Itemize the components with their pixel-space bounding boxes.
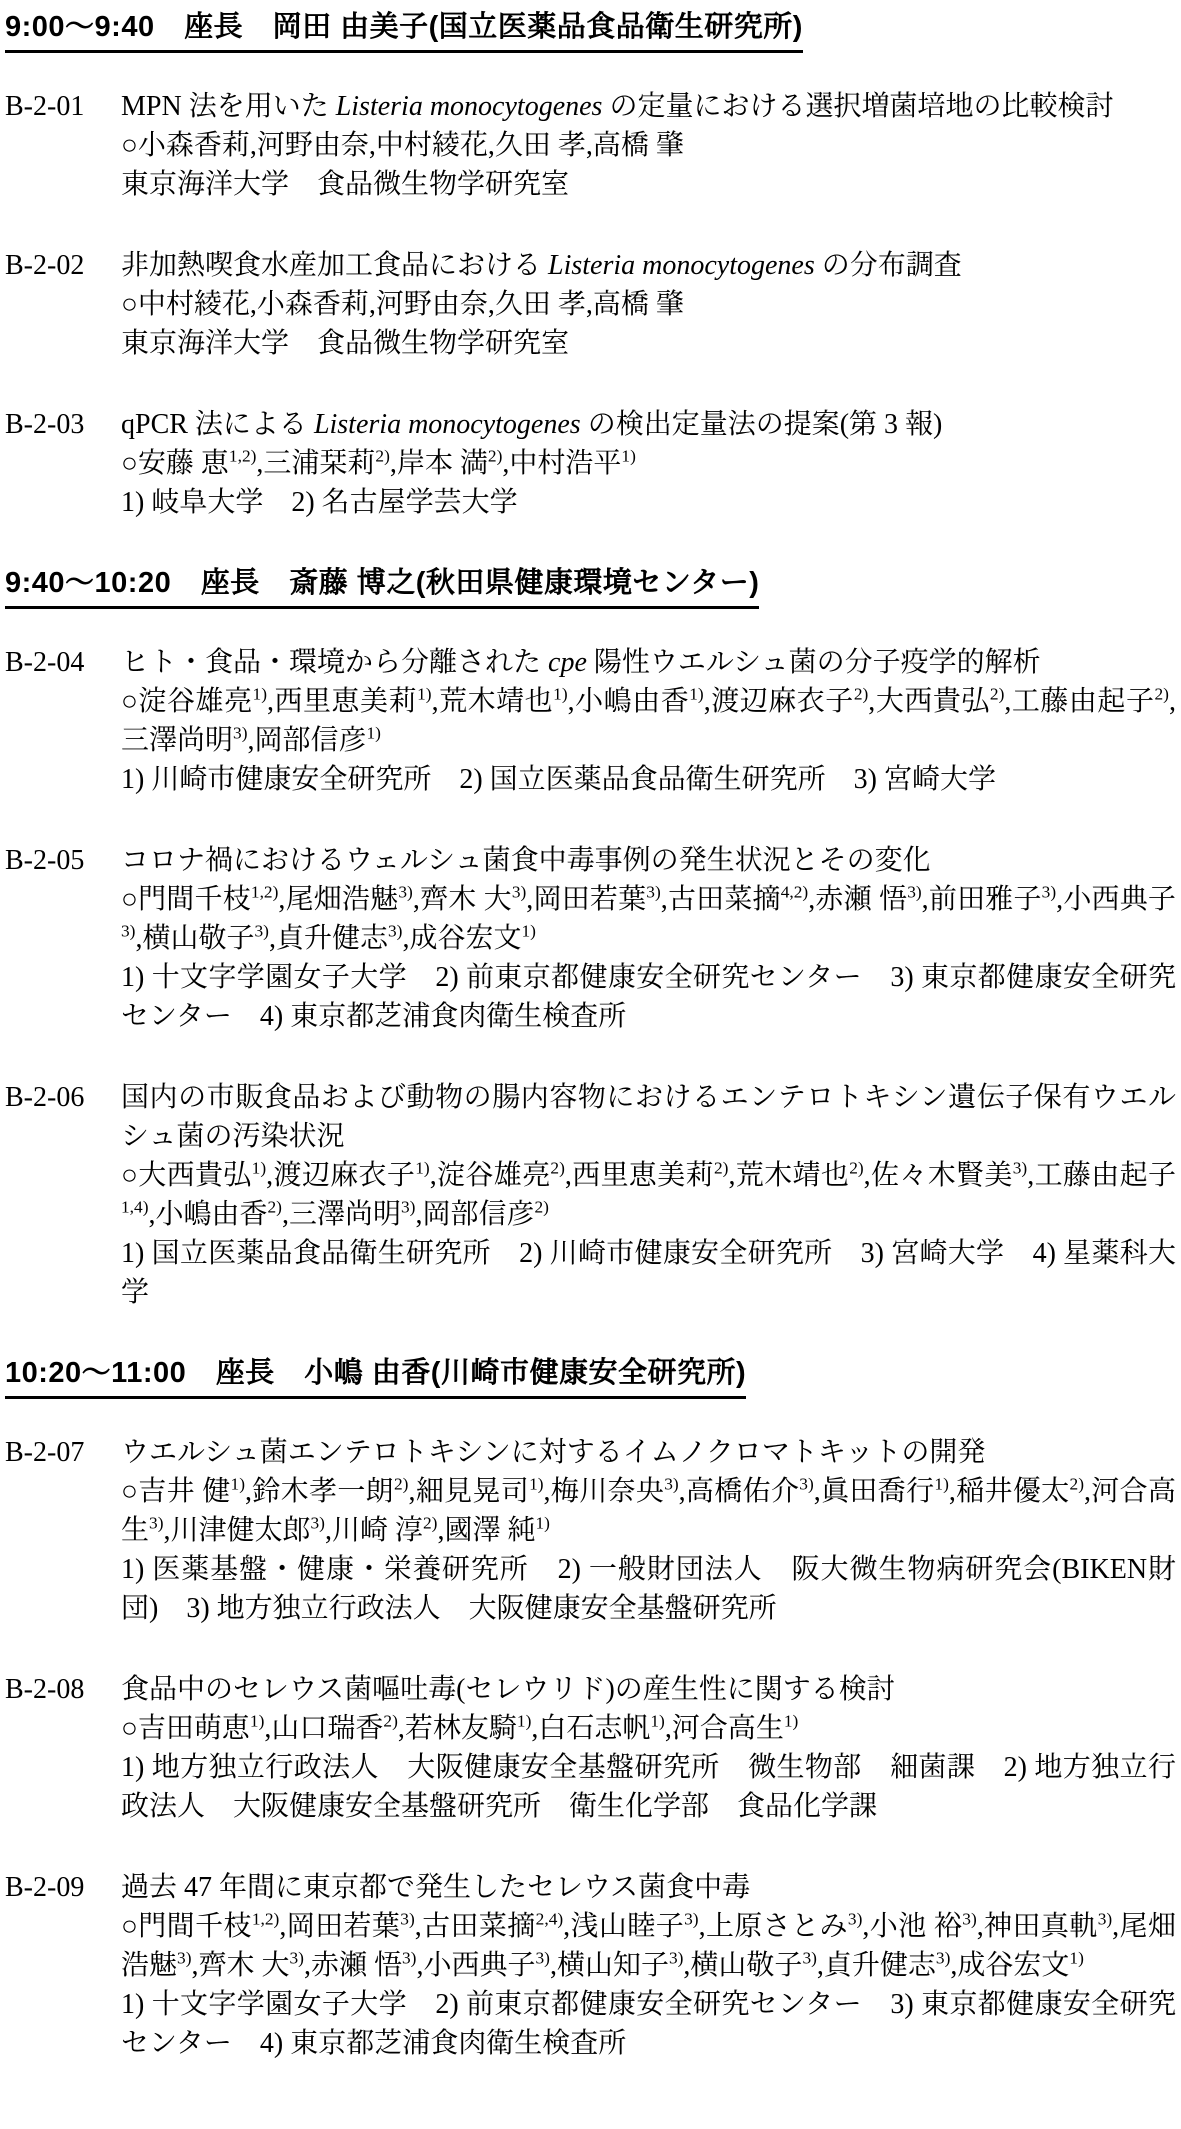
session-header: 10:20〜11:00 座長 小嶋 由香(川崎市健康安全研究所) <box>5 1355 746 1399</box>
affiliation-superscript: 3) <box>1042 883 1056 902</box>
entry-title: 国内の市販食品および動物の腸内容物におけるエンテロトキシン遺伝子保有ウエルシュ菌… <box>121 1078 1176 1156</box>
entry-authors: ○門間千枝1,2),岡田若葉3),古田菜摘2,4),浅山睦子3),上原さとみ3)… <box>121 1907 1176 1985</box>
presentation-entry: B-2-03qPCR 法による Listeria monocytogenes の… <box>5 405 1176 522</box>
presentation-entry: B-2-06国内の市販食品および動物の腸内容物におけるエンテロトキシン遺伝子保有… <box>5 1078 1176 1312</box>
affiliation-superscript: 1) <box>231 1475 245 1494</box>
affiliation-superscript: 1) <box>529 1475 543 1494</box>
conference-program-page: 9:00〜9:40 座長 岡田 由美子(国立医薬品食品衛生研究所)B-2-01M… <box>0 0 1181 2129</box>
affiliation-superscript: 3) <box>121 922 135 941</box>
entry-body: 過去 47 年間に東京都で発生したセレウス菌食中毒○門間千枝1,2),岡田若葉3… <box>121 1868 1176 2063</box>
affiliation-superscript: 3) <box>290 1949 304 1968</box>
entry-body: 非加熱喫食水産加工食品における Listeria monocytogenes の… <box>121 246 1176 363</box>
entry-affiliations: 1) 十文字学園女子大学 2) 前東京都健康安全研究センター 3) 東京都健康安… <box>121 1985 1176 2063</box>
affiliation-superscript: 1,2) <box>252 1910 279 1929</box>
entry-authors: ○門間千枝1,2),尾畑浩魅3),齊木 大3),岡田若葉3),古田菜摘4,2),… <box>121 880 1176 958</box>
affiliation-superscript: 3) <box>1013 1159 1027 1178</box>
affiliation-superscript: 3) <box>400 1910 414 1929</box>
affiliation-superscript: 1) <box>517 1712 531 1731</box>
affiliation-superscript: 1) <box>250 1712 264 1731</box>
entry-title: 過去 47 年間に東京都で発生したセレウス菌食中毒 <box>121 1868 1176 1907</box>
entry-title: ヒト・食品・環境から分離された cpe 陽性ウエルシュ菌の分子疫学的解析 <box>121 643 1176 682</box>
affiliation-superscript: 2) <box>1154 685 1168 704</box>
presentation-entry: B-2-05コロナ禍におけるウェルシュ菌食中毒事例の発生状況とその変化○門間千枝… <box>5 841 1176 1036</box>
affiliation-superscript: 1) <box>784 1712 798 1731</box>
affiliation-superscript: 3) <box>535 1949 549 1968</box>
affiliation-superscript: 2) <box>550 1159 564 1178</box>
affiliation-superscript: 3) <box>398 883 412 902</box>
entry-body: 食品中のセレウス菌嘔吐毒(セレウリド)の産生性に関する検討○吉田萌恵1),山口瑞… <box>121 1670 1176 1826</box>
presentation-entry: B-2-08食品中のセレウス菌嘔吐毒(セレウリド)の産生性に関する検討○吉田萌恵… <box>5 1670 1176 1826</box>
affiliation-superscript: 1) <box>553 685 567 704</box>
affiliation-superscript: 3) <box>664 1475 678 1494</box>
session-header-row: 10:20〜11:00 座長 小嶋 由香(川崎市健康安全研究所) <box>5 1354 1176 1399</box>
entry-affiliations: 1) 川崎市健康安全研究所 2) 国立医薬品食品衛生研究所 3) 宮崎大学 <box>121 760 1176 799</box>
entry-body: MPN 法を用いた Listeria monocytogenes の定量における… <box>121 87 1176 204</box>
affiliation-superscript: 1) <box>535 1514 549 1533</box>
presentation-entry: B-2-04ヒト・食品・環境から分離された cpe 陽性ウエルシュ菌の分子疫学的… <box>5 643 1176 799</box>
affiliation-superscript: 2) <box>714 1159 728 1178</box>
affiliation-superscript: 2) <box>423 1514 437 1533</box>
presentation-entry: B-2-07ウエルシュ菌エンテロトキシンに対するイムノクロマトキットの開発○吉井… <box>5 1433 1176 1628</box>
entry-authors: ○吉田萌恵1),山口瑞香2),若林友騎1),白石志帆1),河合高生1) <box>121 1709 1176 1748</box>
affiliation-superscript: 3) <box>669 1949 683 1968</box>
entry-title: ウエルシュ菌エンテロトキシンに対するイムノクロマトキットの開発 <box>121 1433 1176 1472</box>
affiliation-superscript: 2,4) <box>536 1910 563 1929</box>
affiliation-superscript: 3) <box>149 1514 163 1533</box>
entry-authors: ○大西貴弘1),渡辺麻衣子1),淀谷雄亮2),西里恵美莉2),荒木靖也2),佐々… <box>121 1156 1176 1234</box>
session-header-row: 9:40〜10:20 座長 斎藤 博之(秋田県健康環境センター) <box>5 564 1176 609</box>
entry-id: B-2-09 <box>5 1868 121 1907</box>
entry-affiliations: 東京海洋大学 食品微生物学研究室 <box>121 324 1176 363</box>
affiliation-superscript: 1) <box>521 922 535 941</box>
affiliation-superscript: 3) <box>233 724 247 743</box>
entry-affiliations: 1) 岐阜大学 2) 名古屋学芸大学 <box>121 483 1176 522</box>
entry-authors: ○淀谷雄亮1),西里恵美莉1),荒木靖也1),小嶋由香1),渡辺麻衣子2),大西… <box>121 682 1176 760</box>
entry-title: 食品中のセレウス菌嘔吐毒(セレウリド)の産生性に関する検討 <box>121 1670 1176 1709</box>
affiliation-superscript: 3) <box>802 1949 816 1968</box>
entry-id: B-2-02 <box>5 246 121 285</box>
entry-id: B-2-04 <box>5 643 121 682</box>
presentation-entry: B-2-02非加熱喫食水産加工食品における Listeria monocytog… <box>5 246 1176 363</box>
entry-affiliations: 東京海洋大学 食品微生物学研究室 <box>121 165 1176 204</box>
affiliation-superscript: 2) <box>990 685 1004 704</box>
affiliation-superscript: 4,2) <box>781 883 808 902</box>
entry-affiliations: 1) 地方独立行政法人 大阪健康安全基盤研究所 微生物部 細菌課 2) 地方独立… <box>121 1748 1176 1826</box>
session-block-2: 9:40〜10:20 座長 斎藤 博之(秋田県健康環境センター)B-2-04ヒト… <box>5 564 1176 1312</box>
entry-id: B-2-05 <box>5 841 121 880</box>
session-header-row: 9:00〜9:40 座長 岡田 由美子(国立医薬品食品衛生研究所) <box>5 8 1176 53</box>
affiliation-superscript: 2) <box>534 1198 548 1217</box>
entry-affiliations: 1) 十文字学園女子大学 2) 前東京都健康安全研究センター 3) 東京都健康安… <box>121 958 1176 1036</box>
affiliation-superscript: 2) <box>383 1712 397 1731</box>
affiliation-superscript: 3) <box>512 883 526 902</box>
affiliation-superscript: 1,4) <box>121 1198 148 1217</box>
entry-authors: ○中村綾花,小森香莉,河野由奈,久田 孝,高橋 肇 <box>121 285 1176 324</box>
affiliation-superscript: 1) <box>934 1475 948 1494</box>
session-header: 9:00〜9:40 座長 岡田 由美子(国立医薬品食品衛生研究所) <box>5 9 803 53</box>
affiliation-superscript: 3) <box>1098 1910 1112 1929</box>
entry-id: B-2-08 <box>5 1670 121 1709</box>
affiliation-superscript: 2) <box>394 1475 408 1494</box>
entry-title: qPCR 法による Listeria monocytogenes の検出定量法の… <box>121 405 1176 444</box>
affiliation-superscript: 1) <box>689 685 703 704</box>
affiliation-superscript: 1) <box>650 1712 664 1731</box>
entry-body: 国内の市販食品および動物の腸内容物におけるエンテロトキシン遺伝子保有ウエルシュ菌… <box>121 1078 1176 1312</box>
affiliation-superscript: 2) <box>375 447 389 466</box>
affiliation-superscript: 1,2) <box>229 447 256 466</box>
affiliation-superscript: 2) <box>268 1198 282 1217</box>
affiliation-superscript: 2) <box>854 685 868 704</box>
affiliation-superscript: 1) <box>417 685 431 704</box>
affiliation-superscript: 2) <box>1070 1475 1084 1494</box>
session-header: 9:40〜10:20 座長 斎藤 博之(秋田県健康環境センター) <box>5 565 759 609</box>
entry-affiliations: 1) 医薬基盤・健康・栄養研究所 2) 一般財団法人 阪大微生物病研究会(BIK… <box>121 1550 1176 1628</box>
affiliation-superscript: 3) <box>177 1949 191 1968</box>
affiliation-superscript: 3) <box>311 1514 325 1533</box>
session-block-3: 10:20〜11:00 座長 小嶋 由香(川崎市健康安全研究所)B-2-07ウエ… <box>5 1354 1176 2063</box>
affiliation-superscript: 2) <box>849 1159 863 1178</box>
presentation-entry: B-2-01MPN 法を用いた Listeria monocytogenes の… <box>5 87 1176 204</box>
entry-id: B-2-07 <box>5 1433 121 1472</box>
species-name-italic: Listeria monocytogenes <box>548 250 815 281</box>
session-block-1: 9:00〜9:40 座長 岡田 由美子(国立医薬品食品衛生研究所)B-2-01M… <box>5 8 1176 522</box>
affiliation-superscript: 3) <box>848 1910 862 1929</box>
affiliation-superscript: 3) <box>646 883 660 902</box>
species-name-italic: Listeria monocytogenes <box>314 409 581 440</box>
species-name-italic: cpe <box>548 647 587 678</box>
entry-authors: ○安藤 恵1,2),三浦栞莉2),岸本 満2),中村浩平1) <box>121 444 1176 483</box>
entry-id: B-2-01 <box>5 87 121 126</box>
affiliation-superscript: 3) <box>962 1910 976 1929</box>
affiliation-superscript: 3) <box>401 1198 415 1217</box>
affiliation-superscript: 1) <box>253 685 267 704</box>
affiliation-superscript: 1) <box>367 724 381 743</box>
entry-body: ヒト・食品・環境から分離された cpe 陽性ウエルシュ菌の分子疫学的解析○淀谷雄… <box>121 643 1176 799</box>
entry-id: B-2-03 <box>5 405 121 444</box>
affiliation-superscript: 1) <box>415 1159 429 1178</box>
affiliation-superscript: 3) <box>684 1910 698 1929</box>
presentation-entry: B-2-09過去 47 年間に東京都で発生したセレウス菌食中毒○門間千枝1,2)… <box>5 1868 1176 2063</box>
affiliation-superscript: 1) <box>252 1159 266 1178</box>
affiliation-superscript: 3) <box>936 1949 950 1968</box>
entry-title: MPN 法を用いた Listeria monocytogenes の定量における… <box>121 87 1176 126</box>
entry-body: コロナ禍におけるウェルシュ菌食中毒事例の発生状況とその変化○門間千枝1,2),尾… <box>121 841 1176 1036</box>
affiliation-superscript: 2) <box>488 447 502 466</box>
affiliation-superscript: 1) <box>1069 1949 1083 1968</box>
entry-title: 非加熱喫食水産加工食品における Listeria monocytogenes の… <box>121 246 1176 285</box>
entry-authors: ○小森香莉,河野由奈,中村綾花,久田 孝,高橋 肇 <box>121 126 1176 165</box>
affiliation-superscript: 3) <box>388 922 402 941</box>
program-sessions: 9:00〜9:40 座長 岡田 由美子(国立医薬品食品衛生研究所)B-2-01M… <box>5 8 1176 2063</box>
entry-id: B-2-06 <box>5 1078 121 1117</box>
entry-authors: ○吉井 健1),鈴木孝一朗2),細見晃司1),梅川奈央3),高橋佑介3),眞田喬… <box>121 1472 1176 1550</box>
entry-body: qPCR 法による Listeria monocytogenes の検出定量法の… <box>121 405 1176 522</box>
affiliation-superscript: 3) <box>402 1949 416 1968</box>
affiliation-superscript: 1,2) <box>251 883 278 902</box>
affiliation-superscript: 3) <box>907 883 921 902</box>
affiliation-superscript: 1) <box>621 447 635 466</box>
affiliation-superscript: 3) <box>254 922 268 941</box>
entry-body: ウエルシュ菌エンテロトキシンに対するイムノクロマトキットの開発○吉井 健1),鈴… <box>121 1433 1176 1628</box>
affiliation-superscript: 3) <box>799 1475 813 1494</box>
entry-affiliations: 1) 国立医薬品食品衛生研究所 2) 川崎市健康安全研究所 3) 宮崎大学 4)… <box>121 1234 1176 1312</box>
entry-title: コロナ禍におけるウェルシュ菌食中毒事例の発生状況とその変化 <box>121 841 1176 880</box>
species-name-italic: Listeria monocytogenes <box>336 91 603 122</box>
